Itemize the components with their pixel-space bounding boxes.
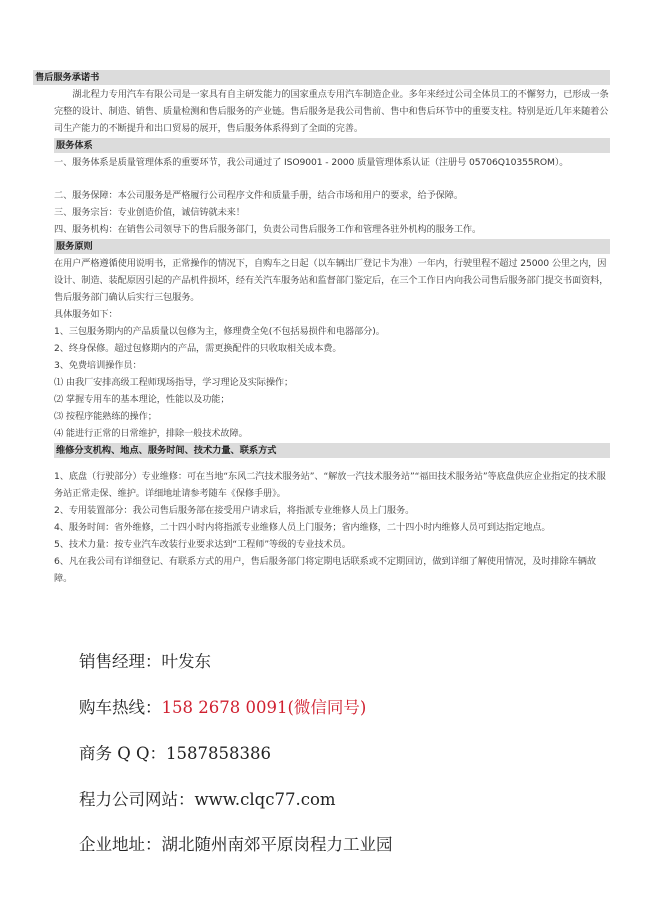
document-page: 售后服务承诺书 湖北程力专用汽车有限公司是一家具有自主研发能力的国家重点专用汽车… [0,0,650,919]
service-system-item-1: 一、服务体系是质量管理体系的重要环节，我公司通过了 ISO9001 - 2000… [54,154,610,171]
training-item-2: ⑵ 掌握专用车的基本理论，性能以及功能； [54,391,610,408]
repair-item-1: 1、底盘（行驶部分）专业维修：可在当地“东风二汽技术服务站”、“解放一汽技术服务… [54,468,610,502]
hotline-label: 购车热线： [79,698,162,717]
website-label: 程力公司网站： [79,790,195,809]
address-value: 湖北随州南郊平原岗程力工业园 [162,835,393,854]
website-url: www.clqc77.com [195,790,336,809]
principles-item-3: 3、免费培训操作员： [54,357,610,374]
repair-item-4: 4、服务时间：省外维修，二十四小时内将指派专业维修人员上门服务；省内维修，二十四… [54,519,610,536]
hotline-number: 158 2678 0091(微信同号) [162,698,367,717]
contact-address: 企业地址：湖北随州南郊平原岗程力工业园 [79,831,393,855]
manager-name: 叶发东 [162,652,212,671]
section-header-service-system: 服务体系 [54,138,610,153]
section-header-service-principles: 服务原则 [54,239,610,254]
manager-label: 销售经理： [79,652,162,671]
service-system-item-3: 三、服务宗旨：专业创造价值，诚信铸就未来！ [54,204,610,221]
principles-item-1: 1、三包服务期内的产品质量以包修为主，修理费全免(不包括易损件和电器部分)。 [54,323,610,340]
repair-item-6: 6、凡在我公司有详细登记、有联系方式的用户，售后服务部门将定期电话联系或不定期回… [54,553,610,587]
qq-number: 1587858386 [166,744,271,763]
training-item-3: ⑶ 按程序能熟练的操作； [54,408,610,425]
repair-item-5: 5、技术力量：按专业汽车改装行业要求达到“工程师”等级的专业技术员。 [54,536,610,553]
address-label: 企业地址： [79,835,162,854]
service-system-item-4: 四、服务机构：在销售公司领导下的售后服务部门，负责公司售后服务工作和管理各驻外机… [54,221,610,238]
principles-paragraph: 在用户严格遵循使用说明书，正常操作的情况下，自购车之日起（以车辆出厂登记卡为准）… [54,255,610,306]
contact-hotline: 购车热线：158 2678 0091(微信同号) [79,694,366,718]
after-sales-document: 售后服务承诺书 湖北程力专用汽车有限公司是一家具有自主研发能力的国家重点专用汽车… [33,69,610,587]
section-header-commitment: 售后服务承诺书 [33,70,610,85]
spacer [54,171,610,187]
service-system-item-2: 二、服务保障：本公司服务是严格履行公司程序文件和质量手册，结合市场和用户的要求，… [54,187,610,204]
principles-item-2: 2、终身保修。超过包修期内的产品，需更换配件的只收取相关成本费。 [54,340,610,357]
training-item-4: ⑷ 能进行正常的日常维护，排除一般技术故障。 [54,425,610,442]
repair-item-2: 2、专用装置部分：我公司售后服务部在接受用户请求后，将指派专业维修人员上门服务。 [54,502,610,519]
section-header-repair-branches: 维修分支机构、地点、服务时间、技术力量、联系方式 [54,443,610,458]
commitment-paragraph: 湖北程力专用汽车有限公司是一家具有自主研发能力的国家重点专用汽车制造企业。多年来… [54,86,610,137]
contact-website: 程力公司网站：www.clqc77.com [79,786,336,810]
qq-label: 商务 Q Q： [79,744,166,763]
principles-intro: 具体服务如下： [54,306,610,323]
contact-manager: 销售经理：叶发东 [79,648,211,672]
spacer [54,459,610,468]
contact-qq: 商务 Q Q：1587858386 [79,740,271,764]
training-item-1: ⑴ 由我厂安排高级工程师现场指导，学习理论及实际操作； [54,374,610,391]
